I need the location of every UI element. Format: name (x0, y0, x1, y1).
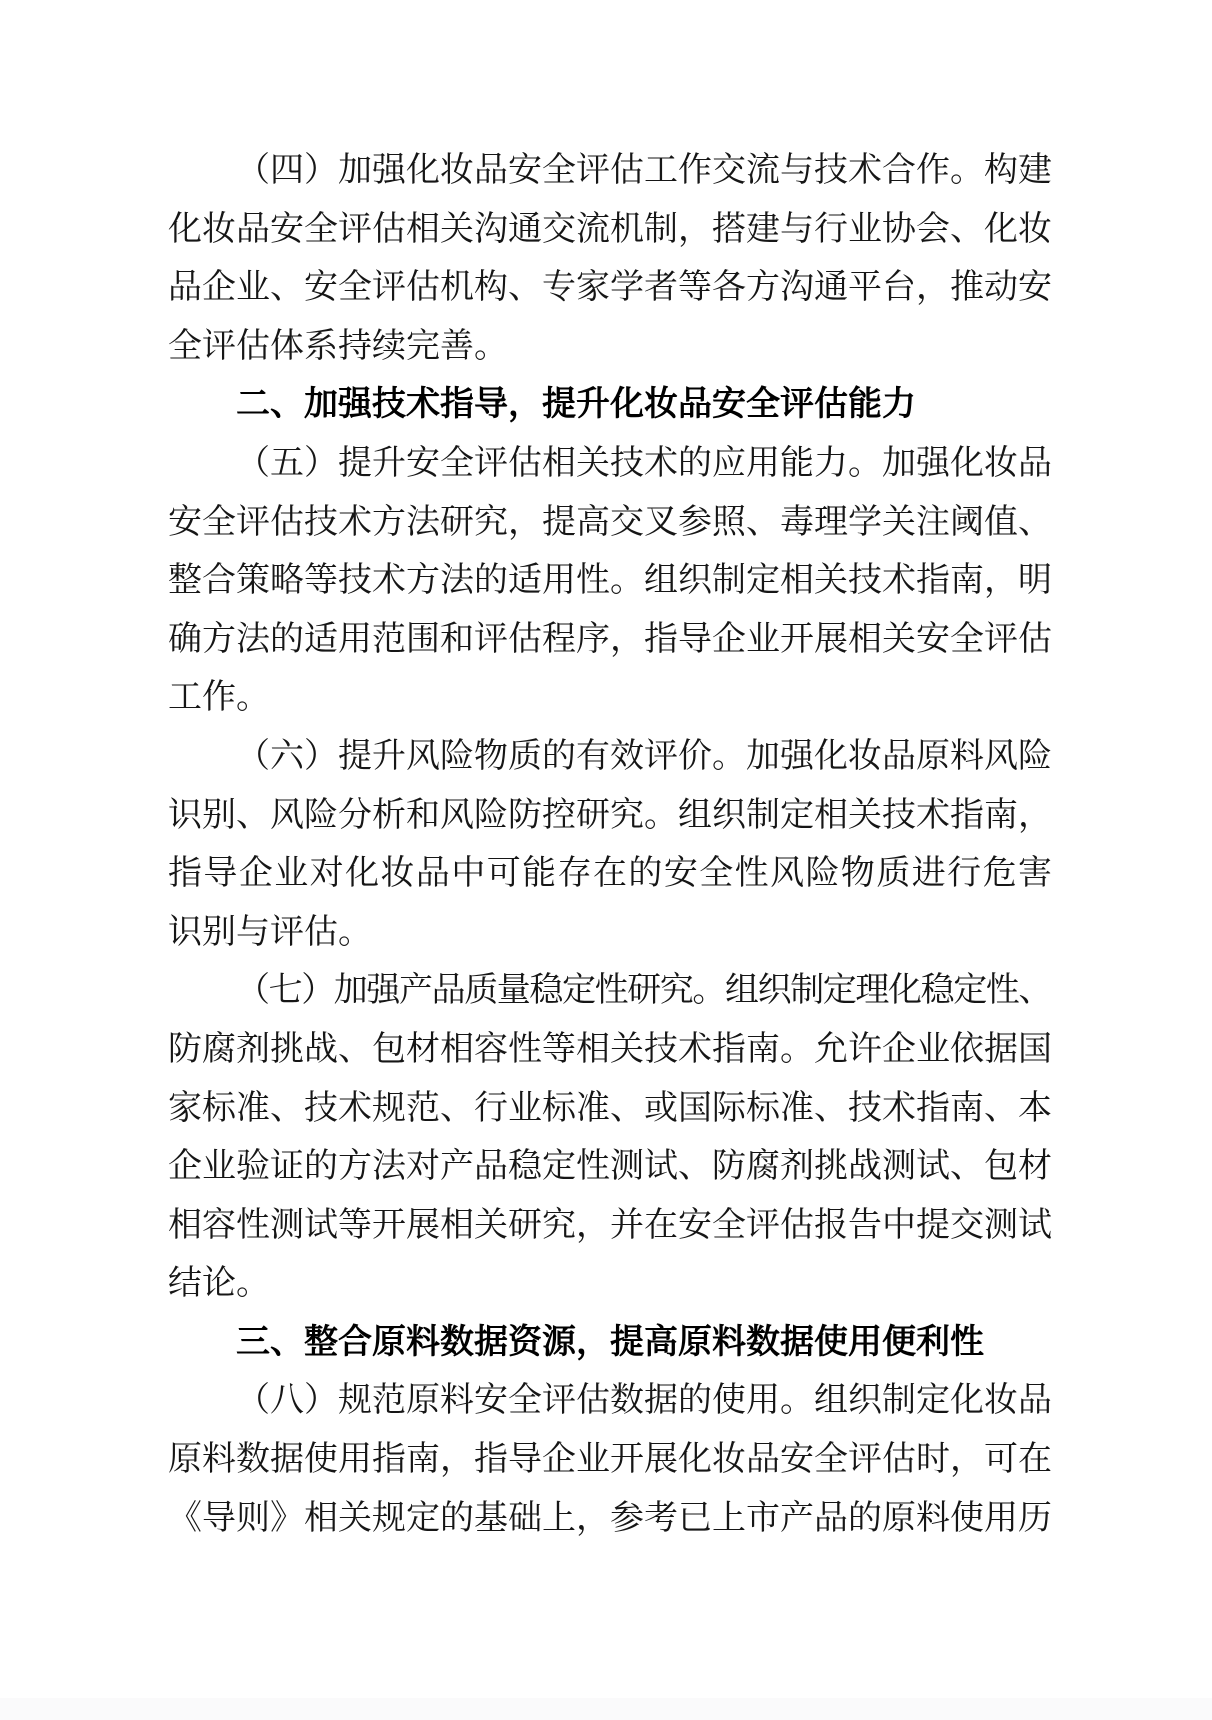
text-line: 结论。 (168, 1254, 1052, 1313)
text-block: （四）加强化妆品安全评估工作交流与技术合作。构建化妆品安全评估相关沟通交流机制，… (168, 141, 1052, 1547)
text-line: 工作。 (168, 668, 1052, 727)
text-line: 原料数据使用指南，指导企业开展化妆品安全评估时，可在 (168, 1430, 1052, 1489)
text-line: 整合策略等技术方法的适用性。组织制定相关技术指南，明 (168, 551, 1052, 610)
text-line: （五）提升安全评估相关技术的应用能力。加强化妆品 (168, 434, 1052, 493)
text-line: （八）规范原料安全评估数据的使用。组织制定化妆品 (168, 1371, 1052, 1430)
text-line: 防腐剂挑战、包材相容性等相关技术指南。允许企业依据国 (168, 1020, 1052, 1079)
text-line: 确方法的适用范围和评估程序，指导企业开展相关安全评估 (168, 610, 1052, 669)
text-line: 品企业、安全评估机构、专家学者等各方沟通平台，推动安 (168, 258, 1052, 317)
text-line: 化妆品安全评估相关沟通交流机制，搭建与行业协会、化妆 (168, 200, 1052, 259)
section-heading: 三、整合原料数据资源，提高原料数据使用便利性 (168, 1313, 1052, 1372)
text-line: 《导则》相关规定的基础上，参考已上市产品的原料使用历 (168, 1489, 1052, 1548)
text-line: 家标准、技术规范、行业标准、或国际标准、技术指南、本 (168, 1079, 1052, 1138)
text-line: （四）加强化妆品安全评估工作交流与技术合作。构建 (168, 141, 1052, 200)
text-line: 相容性测试等开展相关研究，并在安全评估报告中提交测试 (168, 1196, 1052, 1255)
page-footer-strip (0, 1698, 1212, 1720)
text-line: （七）加强产品质量稳定性研究。组织制定理化稳定性、 (168, 961, 1052, 1020)
document-page: （四）加强化妆品安全评估工作交流与技术合作。构建化妆品安全评估相关沟通交流机制，… (0, 0, 1212, 1720)
section-heading: 二、加强技术指导，提升化妆品安全评估能力 (168, 375, 1052, 434)
text-line: 指导企业对化妆品中可能存在的安全性风险物质进行危害 (168, 844, 1052, 903)
text-line: （六）提升风险物质的有效评价。加强化妆品原料风险 (168, 727, 1052, 786)
text-line: 全评估体系持续完善。 (168, 317, 1052, 376)
text-line: 识别、风险分析和风险防控研究。组织制定相关技术指南， (168, 786, 1052, 845)
text-line: 企业验证的方法对产品稳定性测试、防腐剂挑战测试、包材 (168, 1137, 1052, 1196)
text-line: 识别与评估。 (168, 903, 1052, 962)
text-line: 安全评估技术方法研究，提高交叉参照、毒理学关注阈值、 (168, 493, 1052, 552)
